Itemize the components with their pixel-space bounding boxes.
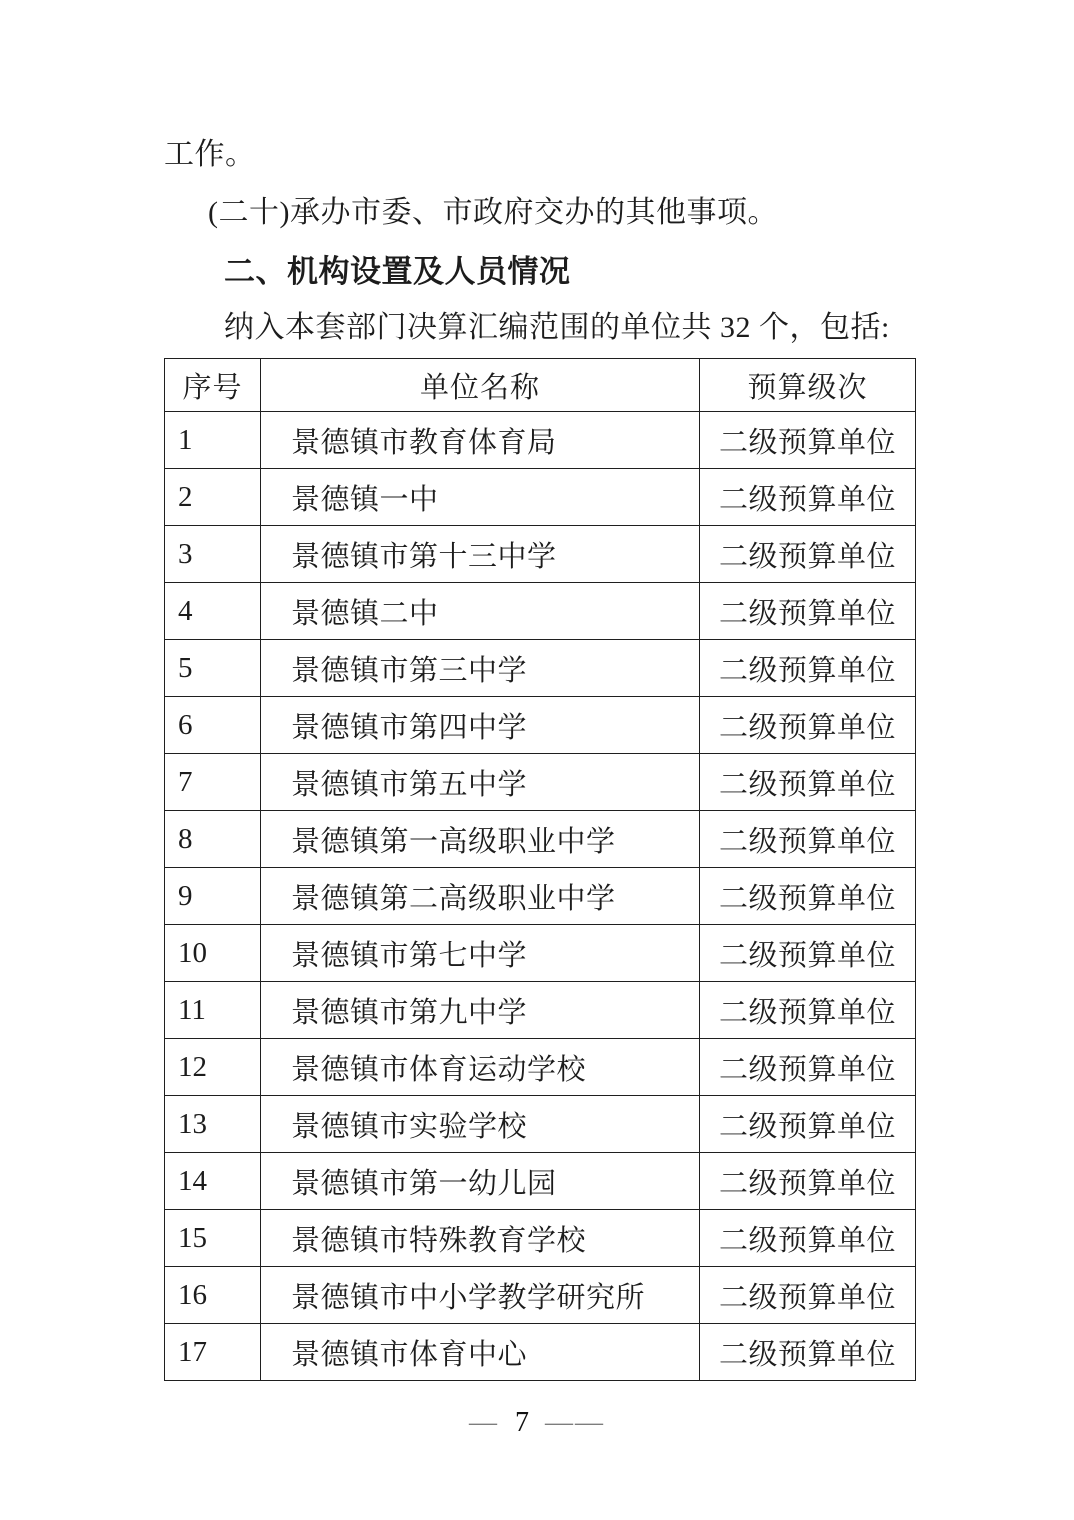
cell-unit-name: 景德镇二中	[261, 583, 700, 640]
table-row: 14景德镇市第一幼儿园二级预算单位	[165, 1153, 916, 1210]
cell-budget-level: 二级预算单位	[700, 412, 916, 469]
cell-index: 11	[165, 982, 261, 1039]
table-row: 3景德镇市第十三中学二级预算单位	[165, 526, 916, 583]
table-row: 8景德镇第一高级职业中学二级预算单位	[165, 811, 916, 868]
cell-unit-name: 景德镇市第一幼儿园	[261, 1153, 700, 1210]
units-table-head: 序号 单位名称 预算级次	[165, 359, 916, 412]
cell-unit-name: 景德镇第一高级职业中学	[261, 811, 700, 868]
footer-right-dash: ——	[545, 1407, 605, 1438]
table-row: 6景德镇市第四中学二级预算单位	[165, 697, 916, 754]
cell-index: 13	[165, 1096, 261, 1153]
table-row: 11景德镇市第九中学二级预算单位	[165, 982, 916, 1039]
cell-budget-level: 二级预算单位	[700, 754, 916, 811]
cell-budget-level: 二级预算单位	[700, 1324, 916, 1381]
cell-budget-level: 二级预算单位	[700, 640, 916, 697]
cell-budget-level: 二级预算单位	[700, 1267, 916, 1324]
cell-index: 1	[165, 412, 261, 469]
table-row: 10景德镇市第七中学二级预算单位	[165, 925, 916, 982]
paragraph-item-twenty: (二十)承办市委、市政府交办的其他事项。	[164, 198, 915, 228]
cell-unit-name: 景德镇市体育运动学校	[261, 1039, 700, 1096]
cell-unit-name: 景德镇市第十三中学	[261, 526, 700, 583]
table-row: 5景德镇市第三中学二级预算单位	[165, 640, 916, 697]
cell-unit-name: 景德镇一中	[261, 469, 700, 526]
cell-index: 12	[165, 1039, 261, 1096]
cell-index: 15	[165, 1210, 261, 1267]
paragraph-intro: 纳入本套部门决算汇编范围的单位共 32 个，包括:	[164, 313, 915, 343]
cell-unit-name: 景德镇市实验学校	[261, 1096, 700, 1153]
table-header-row: 序号 单位名称 预算级次	[165, 359, 916, 412]
cell-unit-name: 景德镇市体育中心	[261, 1324, 700, 1381]
document-page: 工作。 (二十)承办市委、市政府交办的其他事项。 二、机构设置及人员情况 纳入本…	[0, 0, 1074, 1520]
cell-budget-level: 二级预算单位	[700, 469, 916, 526]
cell-unit-name: 景德镇市特殊教育学校	[261, 1210, 700, 1267]
table-row: 4景德镇二中二级预算单位	[165, 583, 916, 640]
column-header-unit-name: 单位名称	[261, 359, 700, 412]
table-row: 1景德镇市教育体育局二级预算单位	[165, 412, 916, 469]
cell-unit-name: 景德镇第二高级职业中学	[261, 868, 700, 925]
units-table-body: 1景德镇市教育体育局二级预算单位2景德镇一中二级预算单位3景德镇市第十三中学二级…	[165, 412, 916, 1381]
table-row: 16景德镇市中小学教学研究所二级预算单位	[165, 1267, 916, 1324]
cell-budget-level: 二级预算单位	[700, 526, 916, 583]
cell-budget-level: 二级预算单位	[700, 583, 916, 640]
cell-index: 7	[165, 754, 261, 811]
cell-unit-name: 景德镇市教育体育局	[261, 412, 700, 469]
section-heading: 二、机构设置及人员情况	[164, 256, 915, 287]
cell-index: 6	[165, 697, 261, 754]
cell-budget-level: 二级预算单位	[700, 697, 916, 754]
cell-unit-name: 景德镇市第三中学	[261, 640, 700, 697]
paragraph-carryover: 工作。	[164, 140, 915, 170]
table-row: 15景德镇市特殊教育学校二级预算单位	[165, 1210, 916, 1267]
cell-index: 2	[165, 469, 261, 526]
table-row: 13景德镇市实验学校二级预算单位	[165, 1096, 916, 1153]
cell-unit-name: 景德镇市第七中学	[261, 925, 700, 982]
cell-budget-level: 二级预算单位	[700, 1039, 916, 1096]
page-number: 7	[515, 1407, 529, 1438]
cell-budget-level: 二级预算单位	[700, 982, 916, 1039]
cell-budget-level: 二级预算单位	[700, 1210, 916, 1267]
cell-index: 17	[165, 1324, 261, 1381]
cell-index: 3	[165, 526, 261, 583]
document-content: 工作。 (二十)承办市委、市政府交办的其他事项。 二、机构设置及人员情况 纳入本…	[164, 140, 915, 1381]
cell-budget-level: 二级预算单位	[700, 1096, 916, 1153]
cell-index: 10	[165, 925, 261, 982]
column-header-index: 序号	[165, 359, 261, 412]
table-row: 2景德镇一中二级预算单位	[165, 469, 916, 526]
cell-unit-name: 景德镇市中小学教学研究所	[261, 1267, 700, 1324]
cell-index: 16	[165, 1267, 261, 1324]
cell-index: 14	[165, 1153, 261, 1210]
cell-budget-level: 二级预算单位	[700, 925, 916, 982]
table-row: 17景德镇市体育中心二级预算单位	[165, 1324, 916, 1381]
cell-index: 5	[165, 640, 261, 697]
cell-budget-level: 二级预算单位	[700, 811, 916, 868]
cell-index: 9	[165, 868, 261, 925]
cell-unit-name: 景德镇市第九中学	[261, 982, 700, 1039]
column-header-budget-level: 预算级次	[700, 359, 916, 412]
cell-unit-name: 景德镇市第五中学	[261, 754, 700, 811]
table-row: 12景德镇市体育运动学校二级预算单位	[165, 1039, 916, 1096]
cell-unit-name: 景德镇市第四中学	[261, 697, 700, 754]
cell-budget-level: 二级预算单位	[700, 868, 916, 925]
page-footer: —7——	[0, 1408, 1074, 1438]
table-row: 7景德镇市第五中学二级预算单位	[165, 754, 916, 811]
footer-left-dash: —	[469, 1407, 499, 1438]
cell-budget-level: 二级预算单位	[700, 1153, 916, 1210]
cell-index: 4	[165, 583, 261, 640]
units-table: 序号 单位名称 预算级次 1景德镇市教育体育局二级预算单位2景德镇一中二级预算单…	[164, 358, 916, 1381]
table-row: 9景德镇第二高级职业中学二级预算单位	[165, 868, 916, 925]
cell-index: 8	[165, 811, 261, 868]
